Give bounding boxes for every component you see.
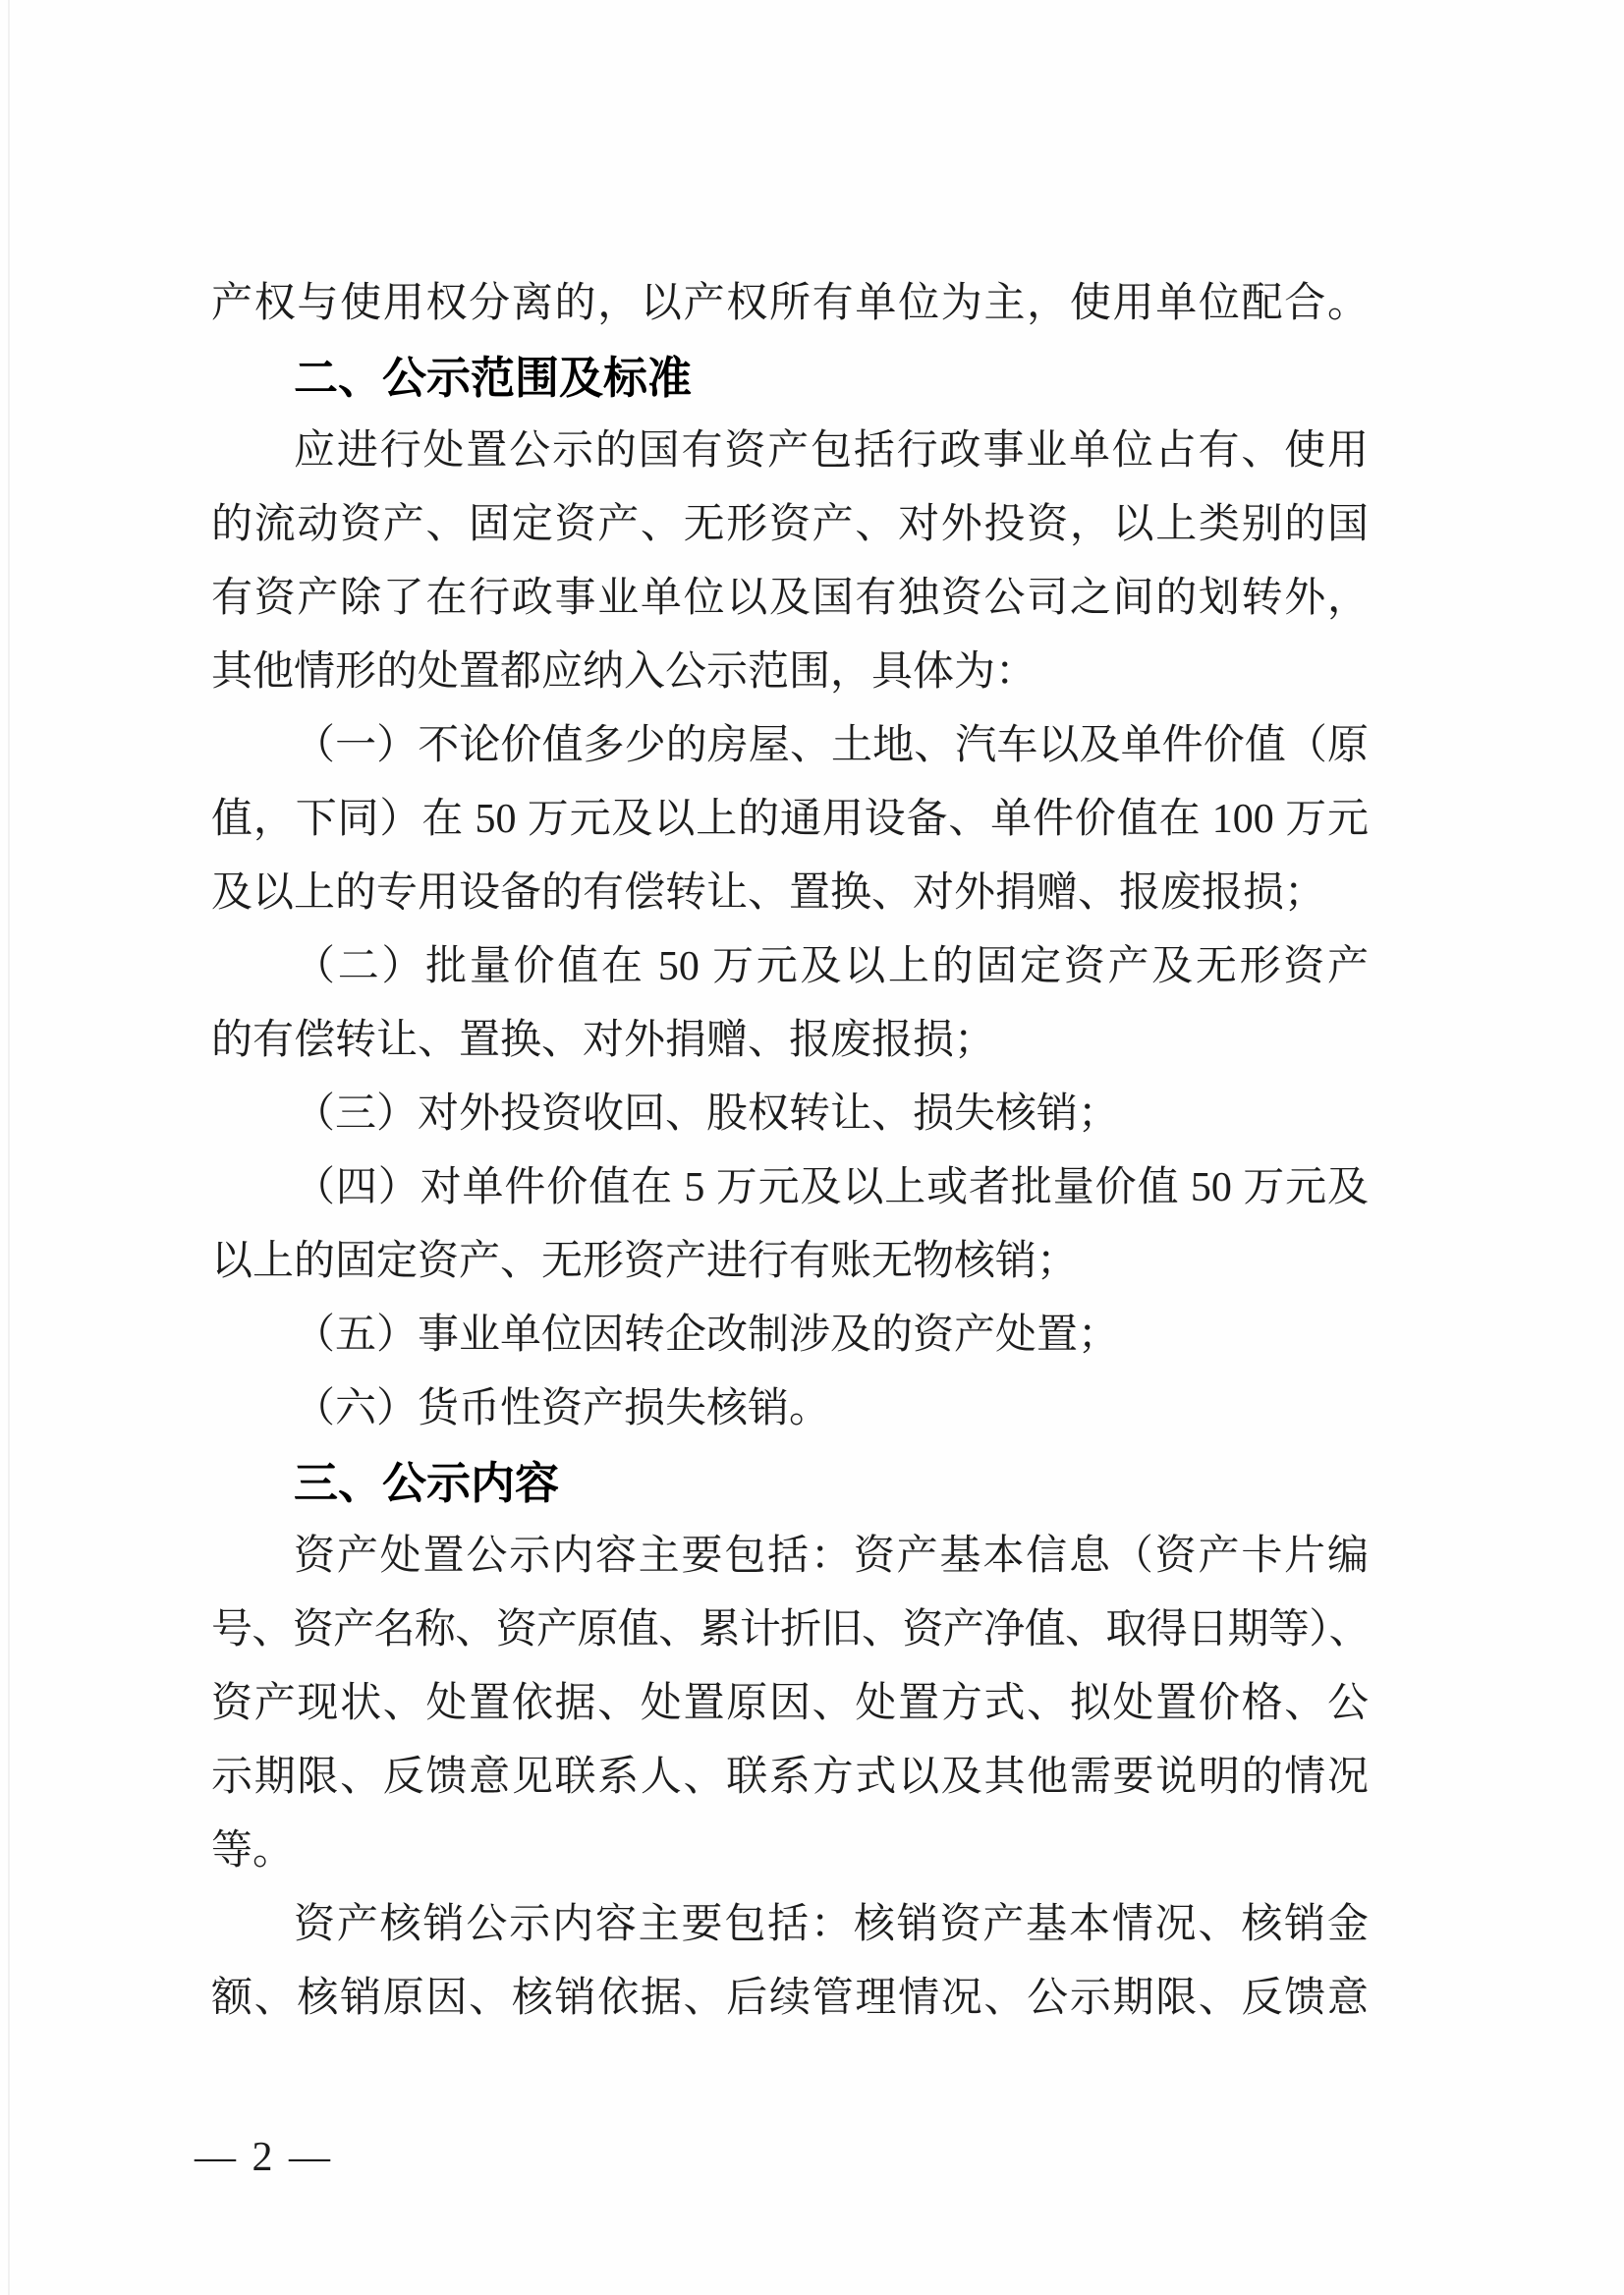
- scan-edge-artifact: [8, 0, 10, 2295]
- text-line: （四）对单件价值在 5 万元及以上或者批量价值 50 万元及: [211, 1151, 1369, 1225]
- text-line: （一）不论价值多少的房屋、土地、汽车以及单件价值（原: [211, 709, 1369, 783]
- text-line: 值，下同）在 50 万元及以上的通用设备、单件价值在 100 万元: [211, 783, 1369, 857]
- text-line: 其他情形的处置都应纳入公示范围，具体为：: [211, 636, 1369, 709]
- text-line: 资产现状、处置依据、处置原因、处置方式、拟处置价格、公: [211, 1667, 1369, 1741]
- text-line: 产权与使用权分离的，以产权所有单位为主，使用单位配合。: [211, 267, 1369, 341]
- text-line: 应进行处置公示的国有资产包括行政事业单位占有、使用: [211, 415, 1369, 488]
- text-line: 资产处置公示内容主要包括：资产基本信息（资产卡片编: [211, 1520, 1369, 1594]
- text-line: 及以上的专用设备的有偿转让、置换、对外捐赠、报废报损；: [211, 857, 1369, 930]
- text-line: 示期限、反馈意见联系人、联系方式以及其他需要说明的情况: [211, 1741, 1369, 1815]
- page-number: — 2 —: [195, 2134, 333, 2181]
- text-line: 以上的固定资产、无形资产进行有账无物核销；: [211, 1225, 1369, 1299]
- document-body: 产权与使用权分离的，以产权所有单位为主，使用单位配合。二、公示范围及标准应进行处…: [211, 267, 1369, 2036]
- text-line: （五）事业单位因转企改制涉及的资产处置；: [211, 1299, 1369, 1372]
- text-line: 号、资产名称、资产原值、累计折旧、资产净值、取得日期等）、: [211, 1594, 1369, 1667]
- text-line: （六）货币性资产损失核销。: [211, 1372, 1369, 1446]
- text-line: （三）对外投资收回、股权转让、损失核销；: [211, 1078, 1369, 1151]
- section-heading: 三、公示内容: [211, 1446, 1369, 1520]
- text-line: 等。: [211, 1815, 1369, 1888]
- section-heading: 二、公示范围及标准: [211, 341, 1369, 415]
- text-line: 有资产除了在行政事业单位以及国有独资公司之间的划转外，: [211, 562, 1369, 636]
- text-line: 额、核销原因、核销依据、后续管理情况、公示期限、反馈意: [211, 1962, 1369, 2036]
- document-page: 产权与使用权分离的，以产权所有单位为主，使用单位配合。二、公示范围及标准应进行处…: [0, 0, 1624, 2295]
- text-line: 的流动资产、固定资产、无形资产、对外投资，以上类别的国: [211, 488, 1369, 562]
- text-line: 的有偿转让、置换、对外捐赠、报废报损；: [211, 1004, 1369, 1078]
- text-line: （二）批量价值在 50 万元及以上的固定资产及无形资产: [211, 930, 1369, 1004]
- text-line: 资产核销公示内容主要包括：核销资产基本情况、核销金: [211, 1888, 1369, 1962]
